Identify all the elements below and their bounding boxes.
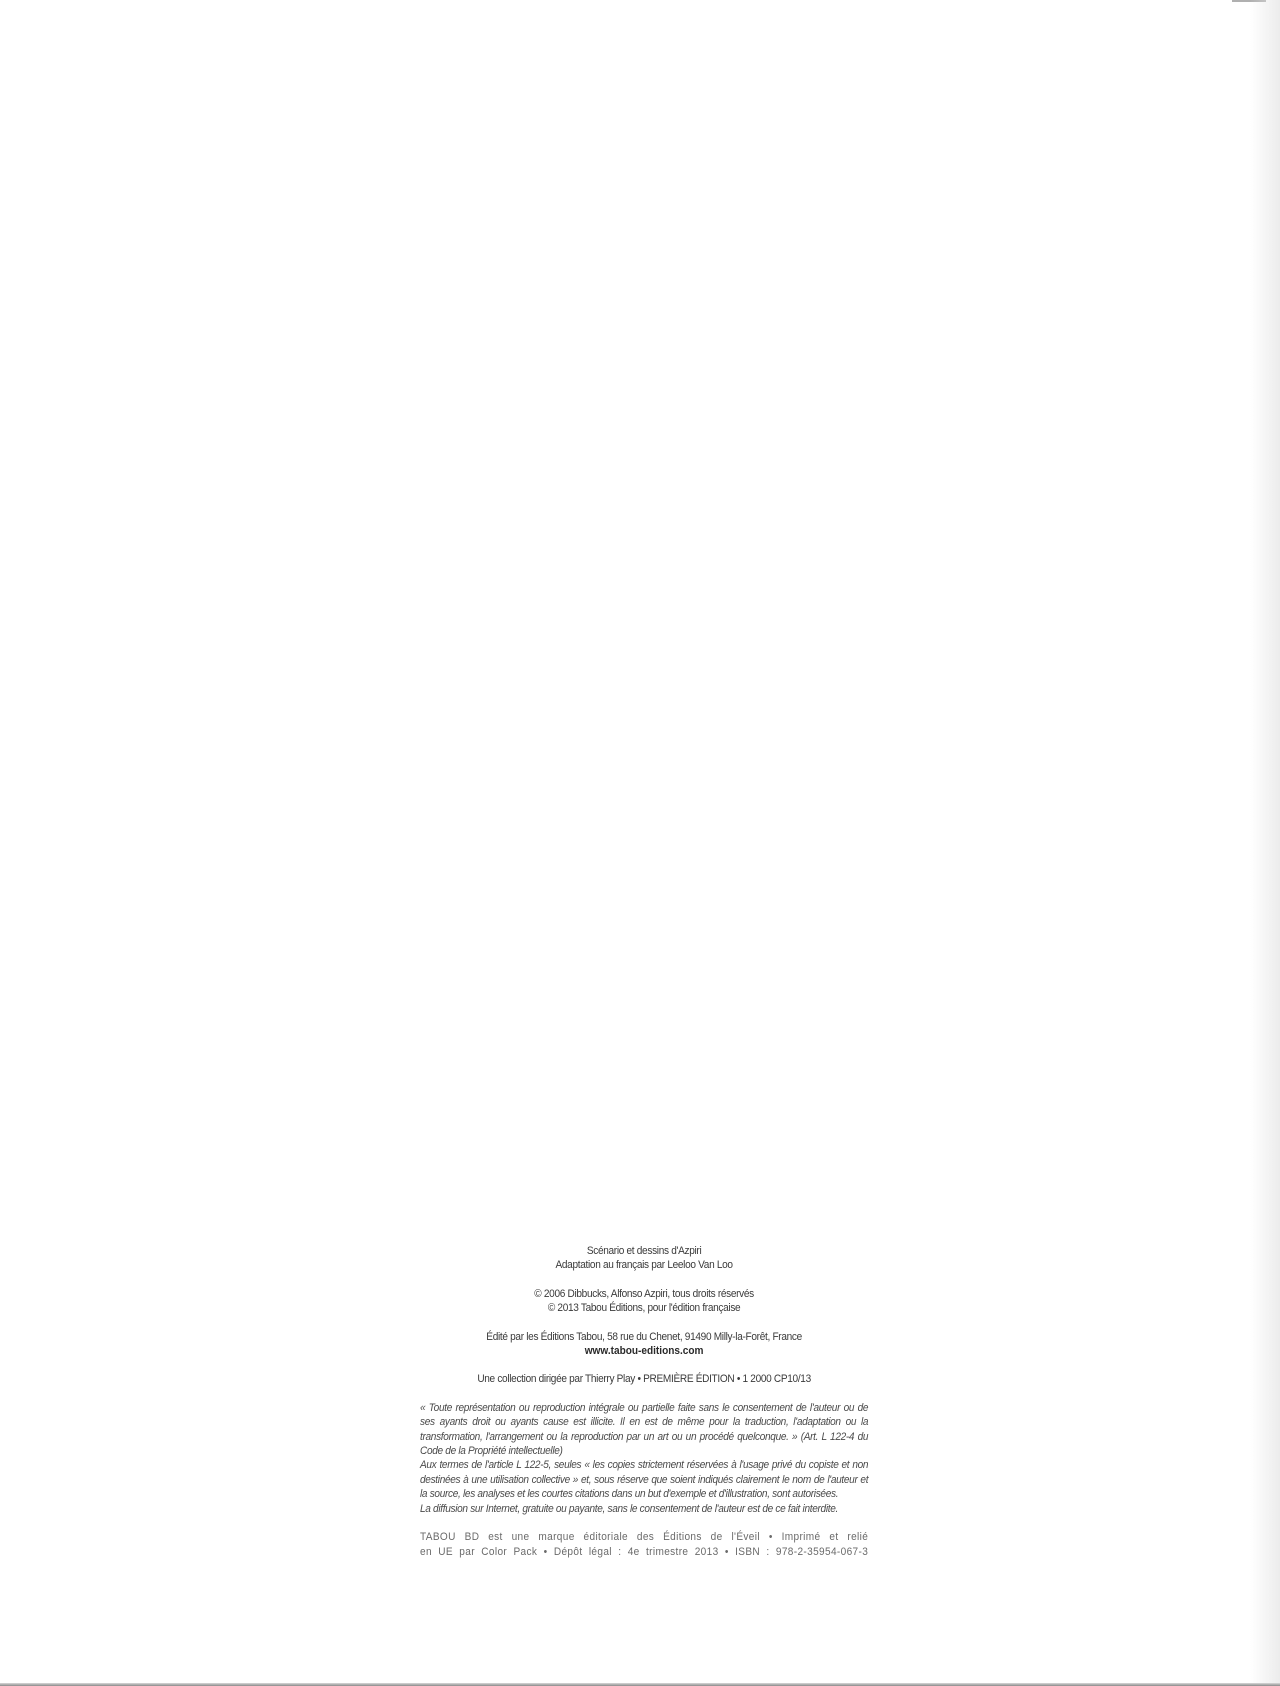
- publisher-address: Édité par les Éditions Tabou, 58 rue du …: [420, 1330, 868, 1344]
- publisher-website-link[interactable]: www.tabou-editions.com: [420, 1344, 868, 1358]
- collection-info: Une collection dirigée par Thierry Play …: [420, 1372, 868, 1386]
- credits-translator: Adaptation au français par Leeloo Van Lo…: [420, 1258, 868, 1272]
- legal-notice: « Toute représentation ou reproduction i…: [420, 1401, 868, 1516]
- page-gutter-shadow: [1250, 0, 1280, 1686]
- copyright-french-edition: © 2013 Tabou Éditions, pour l'édition fr…: [420, 1301, 868, 1315]
- imprint-line-1: TABOU BD est une marque éditoriale des É…: [420, 1530, 868, 1544]
- credits-block: Scénario et dessins d'Azpiri Adaptation …: [420, 1244, 868, 1273]
- legal-paragraph-internet: La diffusion sur Internet, gratuite ou p…: [420, 1502, 868, 1516]
- copyright-original: © 2006 Dibbucks, Alfonso Azpiri, tous dr…: [420, 1287, 868, 1301]
- publisher-block: Édité par les Éditions Tabou, 58 rue du …: [420, 1330, 868, 1359]
- imprint-line-2: en UE par Color Pack • Dépôt légal : 4e …: [420, 1545, 868, 1559]
- copyright-block: © 2006 Dibbucks, Alfonso Azpiri, tous dr…: [420, 1287, 868, 1316]
- colophon: Scénario et dessins d'Azpiri Adaptation …: [420, 1244, 868, 1559]
- credits-author: Scénario et dessins d'Azpiri: [420, 1244, 868, 1258]
- collection-block: Une collection dirigée par Thierry Play …: [420, 1372, 868, 1386]
- imprint-block: TABOU BD est une marque éditoriale des É…: [420, 1530, 868, 1559]
- legal-paragraph-reproduction: « Toute représentation ou reproduction i…: [420, 1401, 868, 1459]
- legal-paragraph-private-copy: Aux termes de l'article L 122-5, seules …: [420, 1458, 868, 1501]
